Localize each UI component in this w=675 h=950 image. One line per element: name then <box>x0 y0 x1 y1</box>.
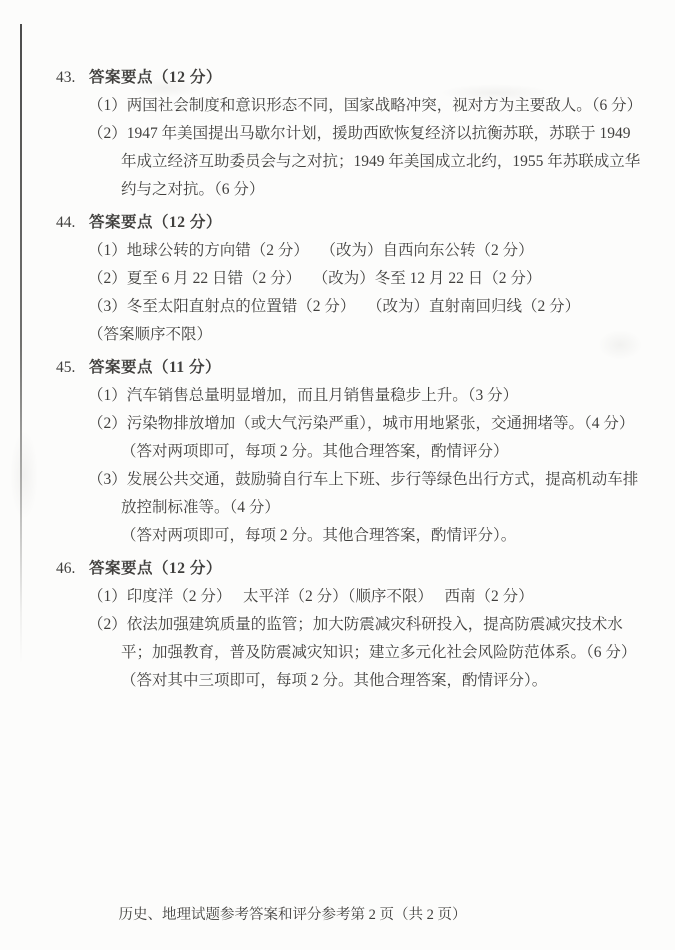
page-footer-text: 历史、地理试题参考答案和评分参考第 2 页（共 2 页） <box>119 907 467 923</box>
page-footer: 历史、地理试题参考答案和评分参考第 2 页（共 2 页） <box>0 901 630 929</box>
question-45-header: 45.答案要点（11 分） <box>56 354 648 382</box>
order-note: （答案顺序不限） <box>88 321 648 349</box>
question-43: 43.答案要点（12 分） （1）两国社会制度和意识形态不同，国家战略冲突，视对… <box>56 64 648 204</box>
answer-item: （2）1947 年美国提出马歇尔计划，援助西欧恢复经济以抗衡苏联，苏联于 194… <box>88 120 648 204</box>
answer-item: （1）印度洋（2 分） 太平洋（2 分）（顺序不限） 西南（2 分） <box>88 583 648 611</box>
answer-item: （1）地球公转的方向错（2 分） （改为）自西向东公转（2 分） <box>88 237 648 265</box>
question-46-header: 46.答案要点（12 分） <box>56 555 648 583</box>
question-44-header: 44.答案要点（12 分） <box>56 209 648 237</box>
question-title: 答案要点（11 分） <box>89 359 221 376</box>
question-number: 45. <box>56 354 89 382</box>
question-44: 44.答案要点（12 分） （1）地球公转的方向错（2 分） （改为）自西向东公… <box>56 209 648 349</box>
answer-item: （1）两国社会制度和意识形态不同，国家战略冲突，视对方为主要敌人。（6 分） <box>88 92 648 120</box>
question-title: 答案要点（12 分） <box>89 560 222 577</box>
question-title: 答案要点（12 分） <box>89 69 222 86</box>
answer-key-content: 43.答案要点（12 分） （1）两国社会制度和意识形态不同，国家战略冲突，视对… <box>56 64 648 695</box>
question-43-header: 43.答案要点（12 分） <box>56 64 648 92</box>
answer-item: （2）依法加强建筑质量的监管；加大防震减灾科研投入，提高防震减灾技术水平；加强教… <box>88 611 648 667</box>
answer-item: （1）汽车销售总量明显增加，而且月销售量稳步上升。（3 分） <box>88 382 648 410</box>
question-45: 45.答案要点（11 分） （1）汽车销售总量明显增加，而且月销售量稳步上升。（… <box>56 354 648 550</box>
scanned-answer-key-page: 43.答案要点（12 分） （1）两国社会制度和意识形态不同，国家战略冲突，视对… <box>0 0 675 950</box>
grading-note: （答对两项即可，每项 2 分。其他合理答案，酌情评分）。 <box>121 522 648 550</box>
question-46: 46.答案要点（12 分） （1）印度洋（2 分） 太平洋（2 分）（顺序不限）… <box>56 555 648 695</box>
grading-note: （答对两项即可，每项 2 分。其他合理答案，酌情评分） <box>121 438 648 466</box>
answer-item: （2）污染物排放增加（或大气污染严重），城市用地紧张，交通拥堵等。（4 分） <box>88 410 648 438</box>
question-number: 44. <box>56 209 89 237</box>
answer-item: （2）夏至 6 月 22 日错（2 分） （改为）冬至 12 月 22 日（2 … <box>88 265 648 293</box>
answer-item: （3）冬至太阳直射点的位置错（2 分） （改为）直射南回归线（2 分） <box>88 293 648 321</box>
scan-smudge <box>10 430 38 520</box>
grading-note: （答对其中三项即可，每项 2 分。其他合理答案，酌情评分）。 <box>121 667 648 695</box>
scan-edge-line-artifact <box>20 24 22 664</box>
answer-item: （3）发展公共交通，鼓励骑自行车上下班、步行等绿色出行方式，提高机动车排放控制标… <box>88 466 648 522</box>
question-number: 46. <box>56 555 89 583</box>
question-number: 43. <box>56 64 89 92</box>
question-title: 答案要点（12 分） <box>89 214 222 231</box>
